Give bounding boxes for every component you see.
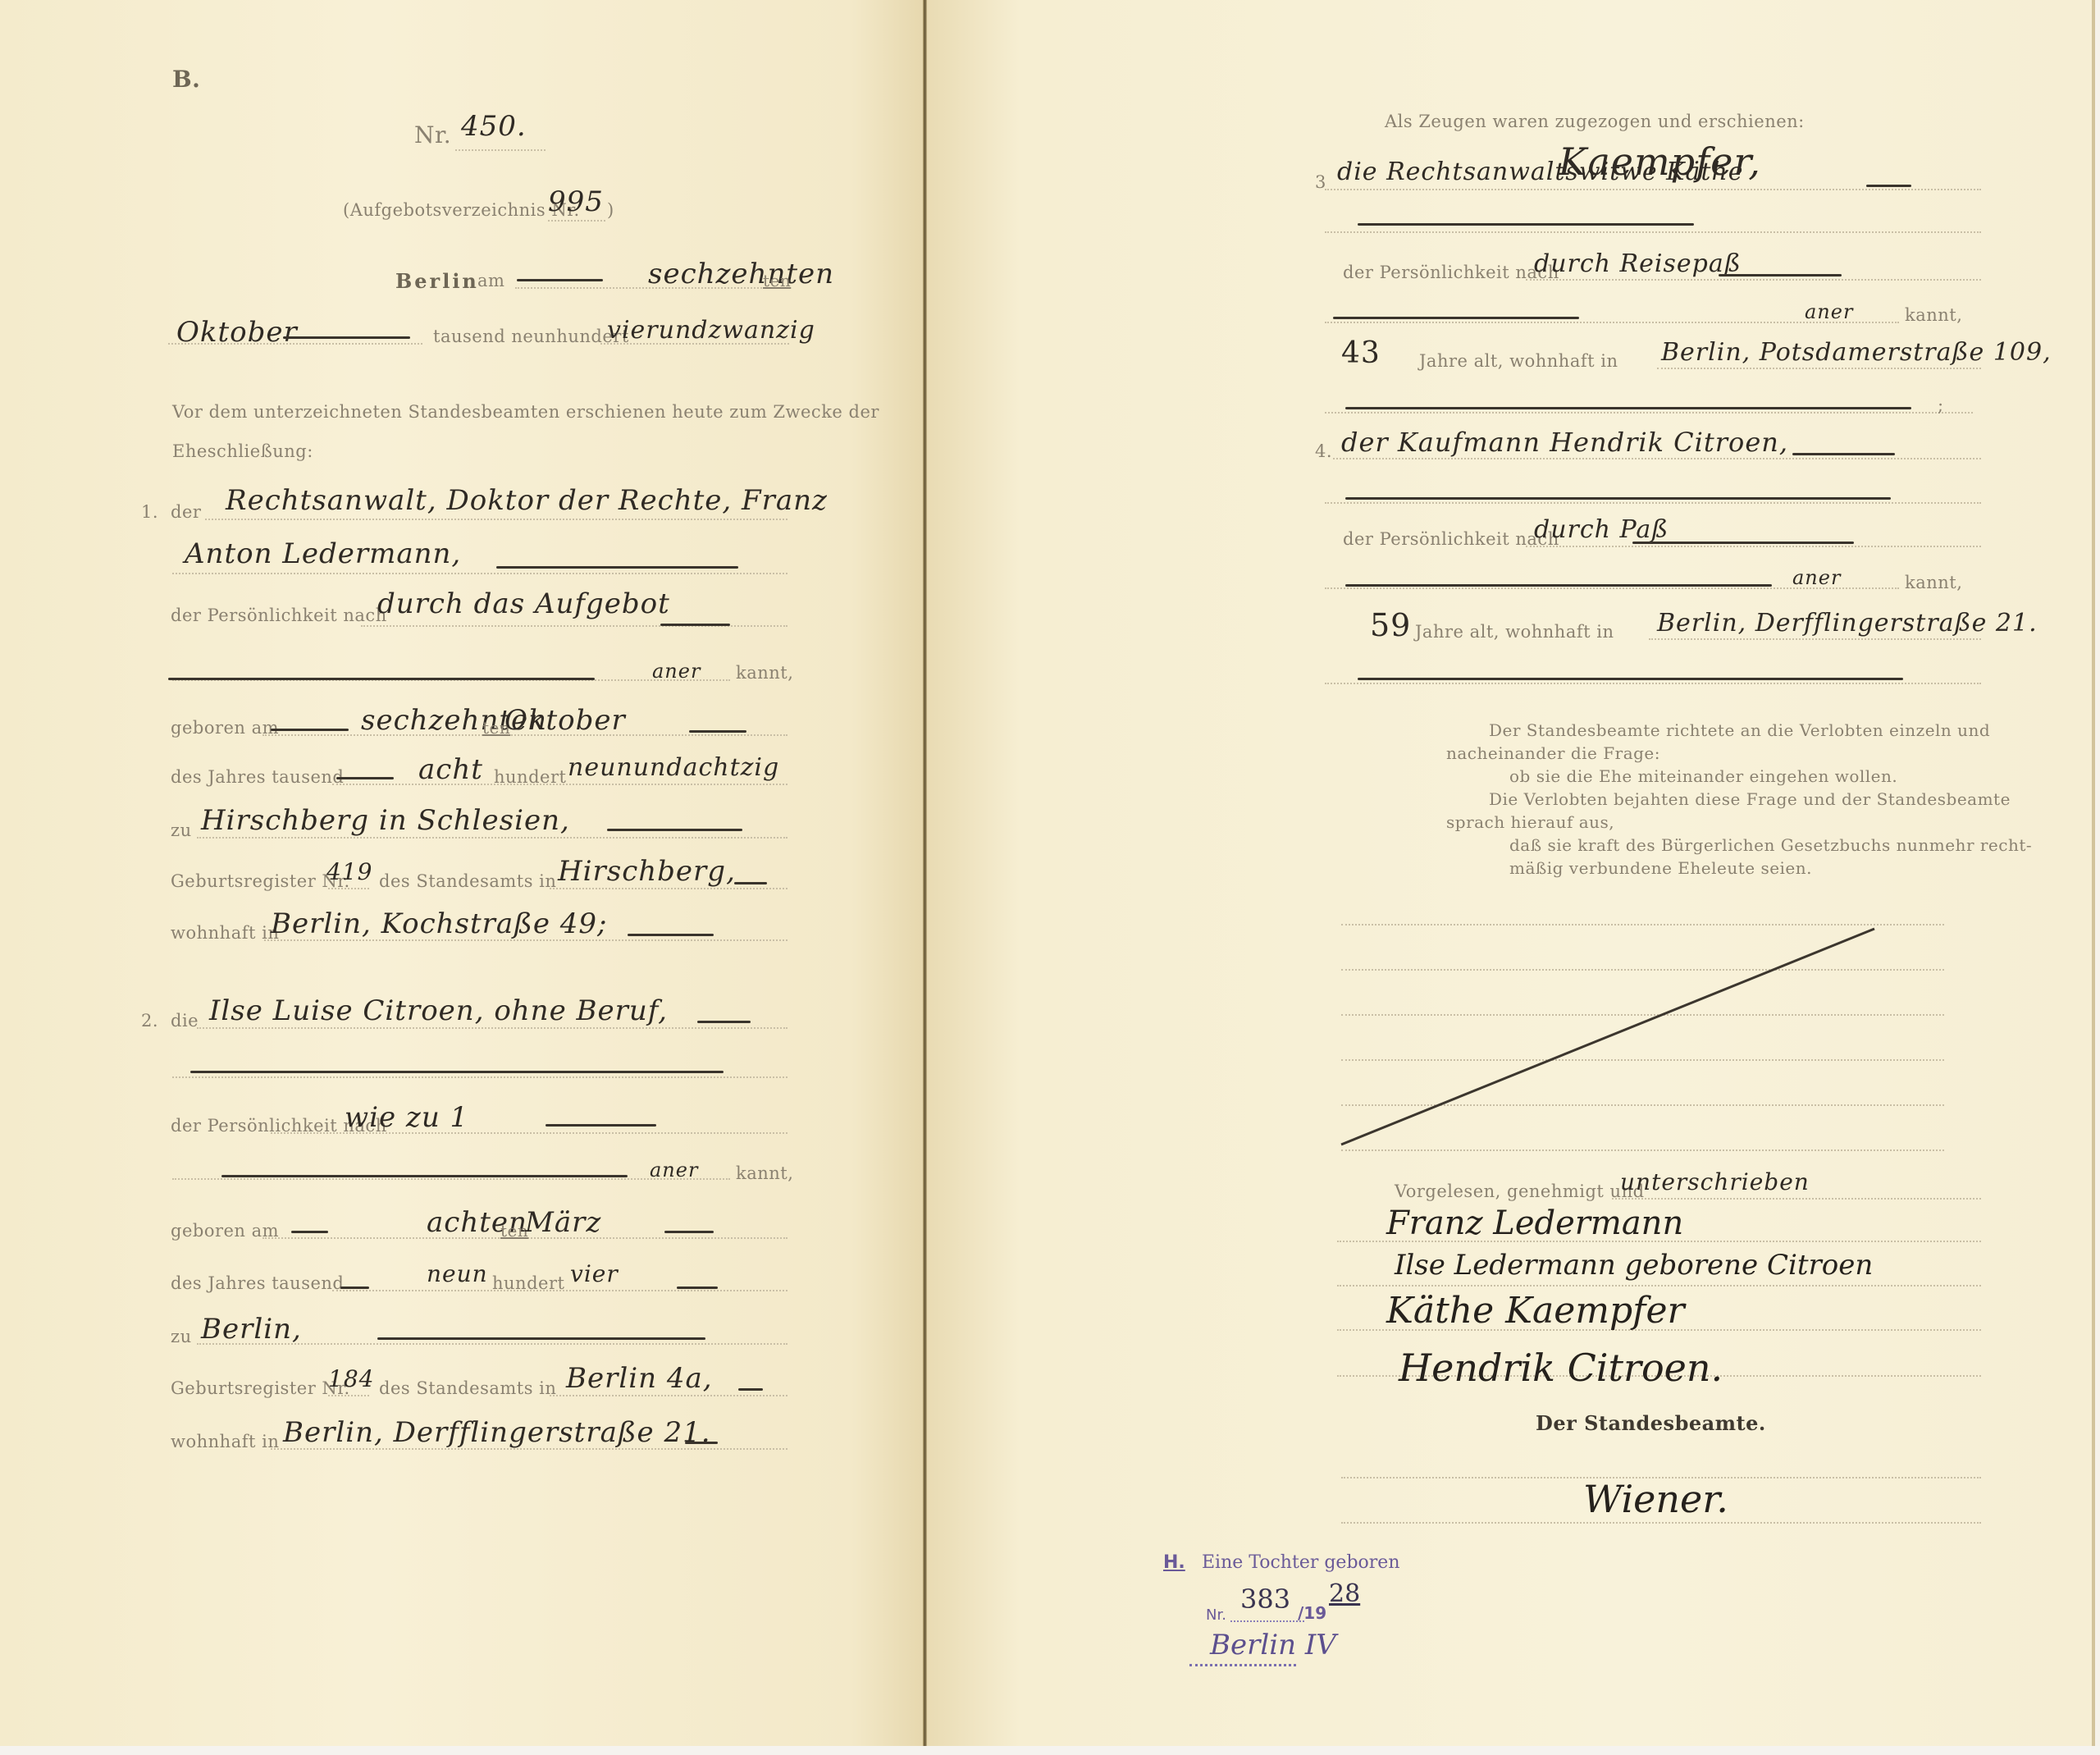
signature-groom: Franz Ledermann — [1386, 1204, 1683, 1242]
annotation-nr: 383 — [1240, 1584, 1290, 1615]
signature-witness4: Hendrik Citroen. — [1399, 1346, 1723, 1390]
strike-through-line — [0, 0, 2100, 1755]
annotation-text: Eine Tochter geboren — [1202, 1552, 1399, 1573]
signature-intro-label: Vorgelesen, genehmigt und — [1395, 1181, 1645, 1201]
annotation-nr-label: Nr. — [1206, 1606, 1226, 1624]
annotation-year-prefix: /19 — [1298, 1603, 1326, 1623]
registrar-signature: Wiener. — [1583, 1477, 1728, 1521]
registrar-label: Der Standesbeamte. — [1536, 1411, 1766, 1435]
annotation-office: Berlin IV — [1210, 1629, 1336, 1661]
annotation-year: 28 — [1329, 1579, 1360, 1608]
annotation-letter: H. — [1163, 1552, 1185, 1573]
signature-bride: Ilse Ledermann geborene Citroen — [1395, 1249, 1873, 1282]
signature-intro-value: unterschrieben — [1620, 1168, 1810, 1195]
signature-witness3: Käthe Kaempfer — [1386, 1290, 1685, 1332]
